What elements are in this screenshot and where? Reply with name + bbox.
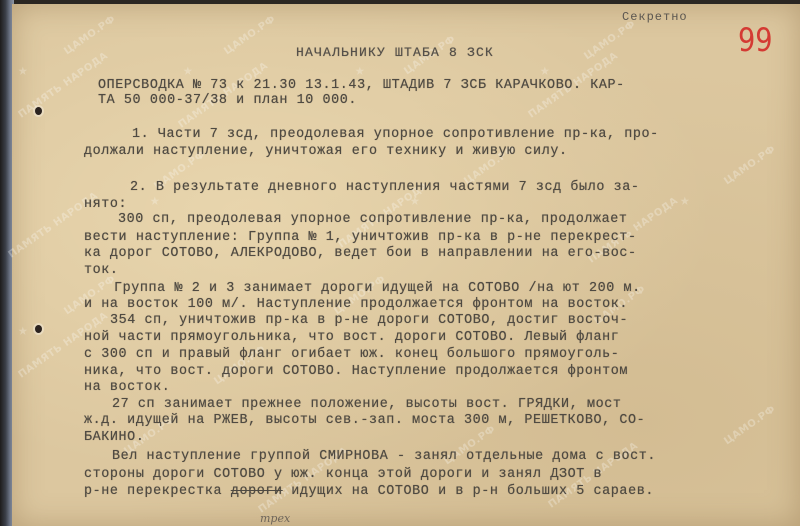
paragraph-2-line: ж.д. идущей на РЖЕВ, высоты сев.-зап. мо… <box>84 413 645 428</box>
page-number: 99 <box>738 24 773 56</box>
paragraph-2-line: с 300 сп и правый фланг огибает юж. коне… <box>84 347 619 362</box>
paragraph-2-line: и на восток 100 м/. Наступление продолжа… <box>84 297 628 312</box>
classification-stamp: Секретно <box>622 10 688 24</box>
paragraph-2-line: на восток. <box>84 380 170 395</box>
paragraph-1-line: должали наступление, уничтожая его техни… <box>84 144 568 159</box>
paragraph-2-line: ка дорог СОТОВО, АЛЕКРОДОВО, ведет бои в… <box>84 246 637 261</box>
watermark-star-icon: ★ <box>540 60 550 80</box>
watermark-star-icon: ★ <box>18 60 28 80</box>
watermark-star-icon: ★ <box>355 60 365 80</box>
paragraph-2-line: Группа № 2 и 3 занимает дороги идущей на… <box>114 281 641 296</box>
paragraph-2-line: нято: <box>84 197 127 212</box>
watermark-star-icon: ★ <box>680 190 690 210</box>
header-line: ТА 50 000-37/38 и план 10 000. <box>98 93 357 108</box>
paragraph-2-line: 27 сп занимает прежнее положение, высоты… <box>112 397 622 412</box>
paragraph-2-line: 300 сп, преодолевая упорное сопротивлени… <box>118 212 628 227</box>
addressee: НАЧАЛЬНИКУ ШТАБА 8 ЗСК <box>296 45 494 60</box>
paragraph-1-line: 1. Части 7 зсд, преодолевая упорное сопр… <box>132 127 659 142</box>
paragraph-2-line: ток. <box>84 263 119 278</box>
handwritten-correction: трех <box>260 512 290 525</box>
punch-hole <box>35 325 42 333</box>
paragraph-2-line: ной части прямоугольника, что вост. доро… <box>84 330 619 345</box>
paragraph-3-line: Вел наступление группой СМИРНОВА - занял… <box>112 449 656 464</box>
header-line: ОПЕРСВОДКА № 73 к 21.30 13.1.43, ШТАДИВ … <box>98 78 625 93</box>
paragraph-3-line-with-strike: р-не перекрестка дороги идущих на СОТОВО… <box>84 484 654 499</box>
struck-word: дороги <box>231 484 283 499</box>
paragraph-3-line: стороны дороги СОТОВО у юж. конца этой д… <box>84 467 602 482</box>
watermark-star-icon: ★ <box>18 320 28 340</box>
paragraph-2-line: вести наступление: Группа № 1, уничтожив… <box>84 230 637 245</box>
watermark-star-icon: ★ <box>183 60 193 80</box>
paragraph-2-line: 354 сп, уничтожив пр-ка в р-не дороги СО… <box>110 313 628 328</box>
paragraph-2-line: ника, что вост. дороги СОТОВО. Наступлен… <box>84 364 628 379</box>
paragraph-2-line: БАКИНО. <box>84 430 144 445</box>
paragraph-2-line: 2. В результате дневного наступления час… <box>130 180 640 195</box>
